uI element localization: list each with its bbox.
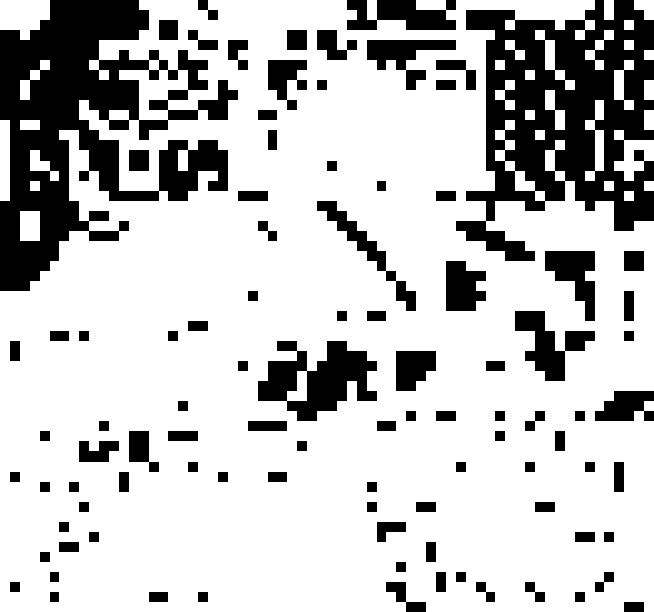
bitmap-canvas xyxy=(0,0,654,612)
binary-photo xyxy=(0,0,654,612)
